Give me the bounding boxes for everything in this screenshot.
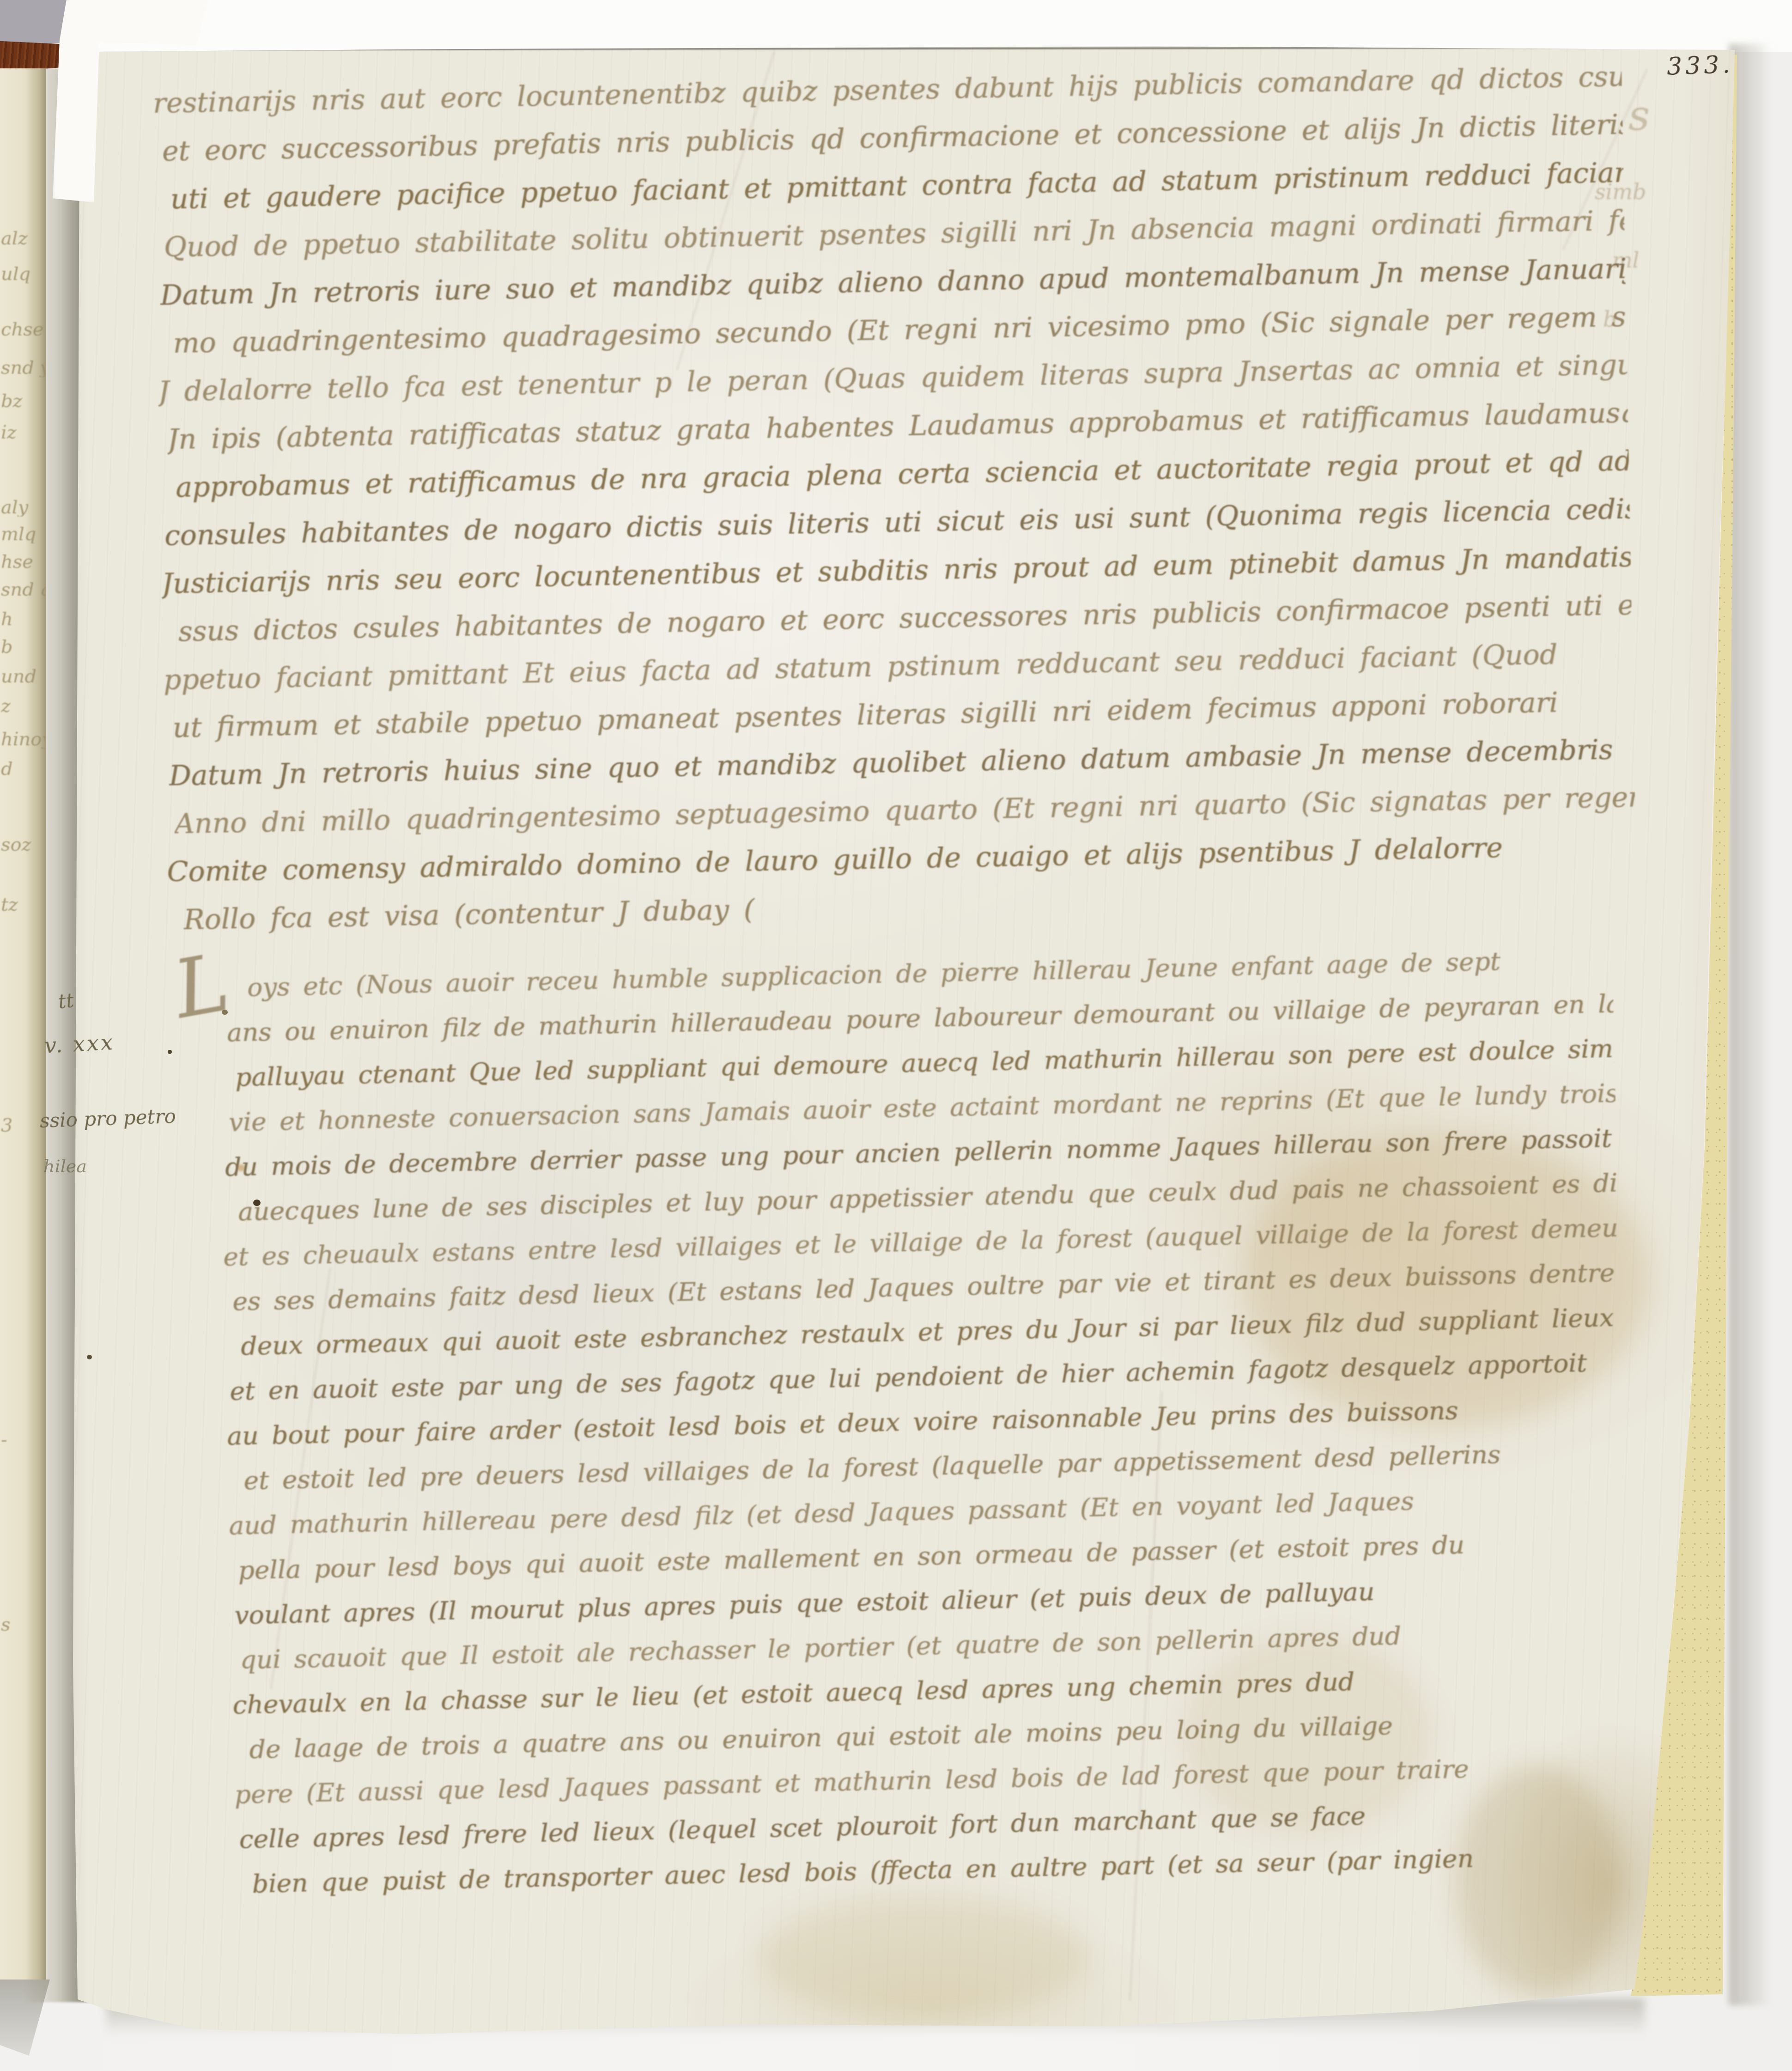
facing-text-fragment: b <box>1 638 13 656</box>
inserted-paper-top <box>69 0 208 45</box>
page-cast-shadow-right <box>1729 44 1784 2005</box>
text-block-latin: restinarijs nris aut eorc locuntenentibz… <box>152 53 1637 944</box>
stain <box>758 1894 1090 2019</box>
ink-speck <box>87 1355 92 1359</box>
facing-text-fragment: bz <box>1 392 23 410</box>
manuscript-photo: alz ulq chse snd y bz iz aly mlq hse snd… <box>0 0 1792 2071</box>
ink-speck <box>168 1050 172 1054</box>
facing-text-fragment: z <box>1 697 11 715</box>
margin-mark: tt <box>57 989 75 1013</box>
decorated-initial: L <box>217 943 234 1011</box>
margin-note: ssio pro petro <box>39 1105 176 1132</box>
facing-text-fragment: iz <box>1 423 17 442</box>
facing-text-fragment: 3 <box>1 1116 12 1135</box>
background-corner <box>0 0 70 43</box>
margin-note: hilea <box>43 1156 87 1176</box>
bleedthrough-fragment: s <box>1628 105 1650 127</box>
facing-text-fragment: d <box>1 760 13 778</box>
top-paper-strip <box>0 0 1792 52</box>
facing-text-fragment: h <box>1 610 13 628</box>
margin-shelf-mark: v. xxx <box>44 1029 115 1058</box>
facing-text-fragment: s <box>1 1615 11 1634</box>
facing-text-fragment: - <box>1 1431 7 1449</box>
folio-number: 333. <box>1666 53 1734 79</box>
text-block-french: Loys etc (Nous auoir receu humble suppli… <box>217 937 1632 1907</box>
facing-text-fragment: tz <box>1 895 18 914</box>
parchment-page: 333. s simb ml b restinarijs nris aut eo… <box>0 0 1792 2071</box>
